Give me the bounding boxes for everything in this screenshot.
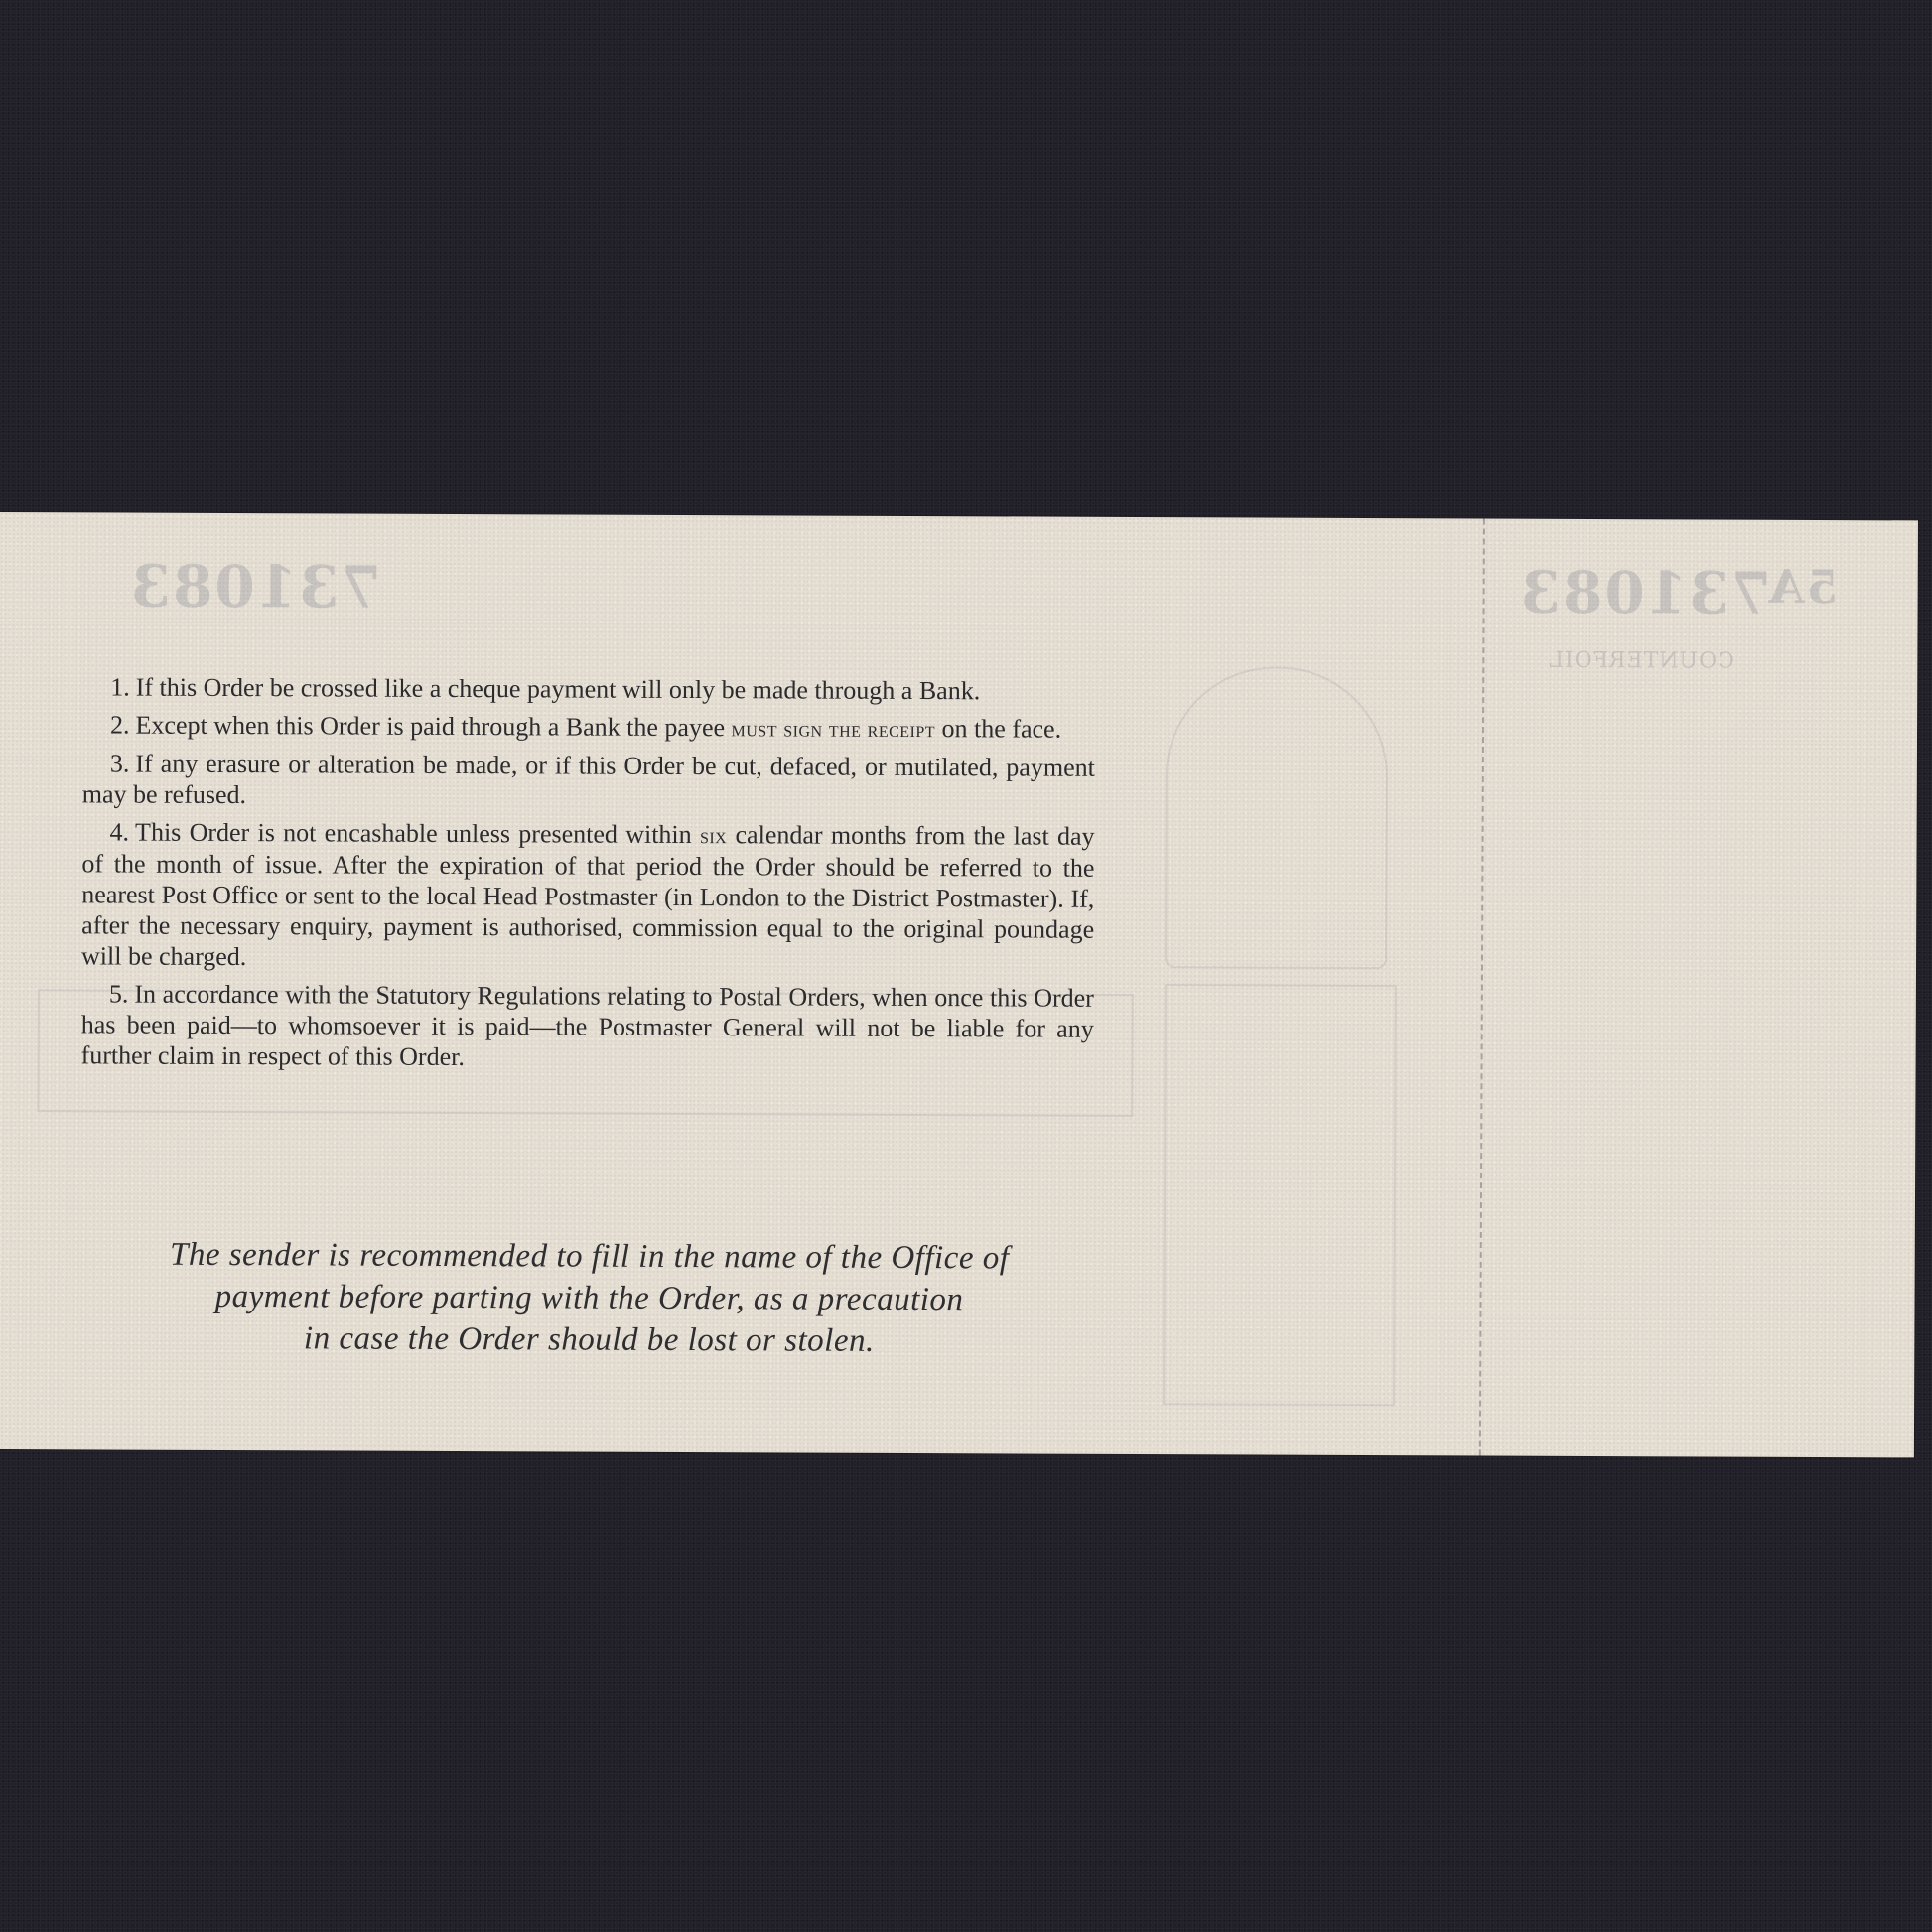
show-through-serial: 731083 bbox=[129, 553, 381, 621]
conditions-list: 1.If this Order be crossed like a cheque… bbox=[81, 671, 1096, 1081]
postal-order-paper: 731083 731083 5A COUNTERFOIL 1.If this O… bbox=[0, 512, 1918, 1457]
condition-2: 2.Except when this Order is paid through… bbox=[82, 709, 1095, 745]
show-through-portrait-frame bbox=[1165, 666, 1388, 969]
show-through-box bbox=[1163, 984, 1397, 1406]
perforation-line bbox=[1479, 519, 1485, 1456]
condition-4: 4.This Order is not encashable unless pr… bbox=[81, 816, 1095, 975]
condition-5: 5.In accordance with the Statutory Regul… bbox=[81, 978, 1094, 1074]
condition-3: 3.If any erasure or alteration be made, … bbox=[82, 748, 1095, 813]
emphasis-six: six bbox=[700, 823, 727, 848]
condition-1: 1.If this Order be crossed like a cheque… bbox=[82, 671, 1095, 706]
show-through-stub-prefix: 5A bbox=[1767, 560, 1839, 614]
show-through-stub-heading: COUNTERFOIL bbox=[1548, 648, 1734, 674]
show-through-stub-serial: 731083 bbox=[1519, 559, 1771, 627]
emphasis-must-sign: must sign the receipt bbox=[732, 716, 936, 742]
sender-recommendation-note: The sender is recommended to fill in the… bbox=[79, 1233, 1099, 1362]
